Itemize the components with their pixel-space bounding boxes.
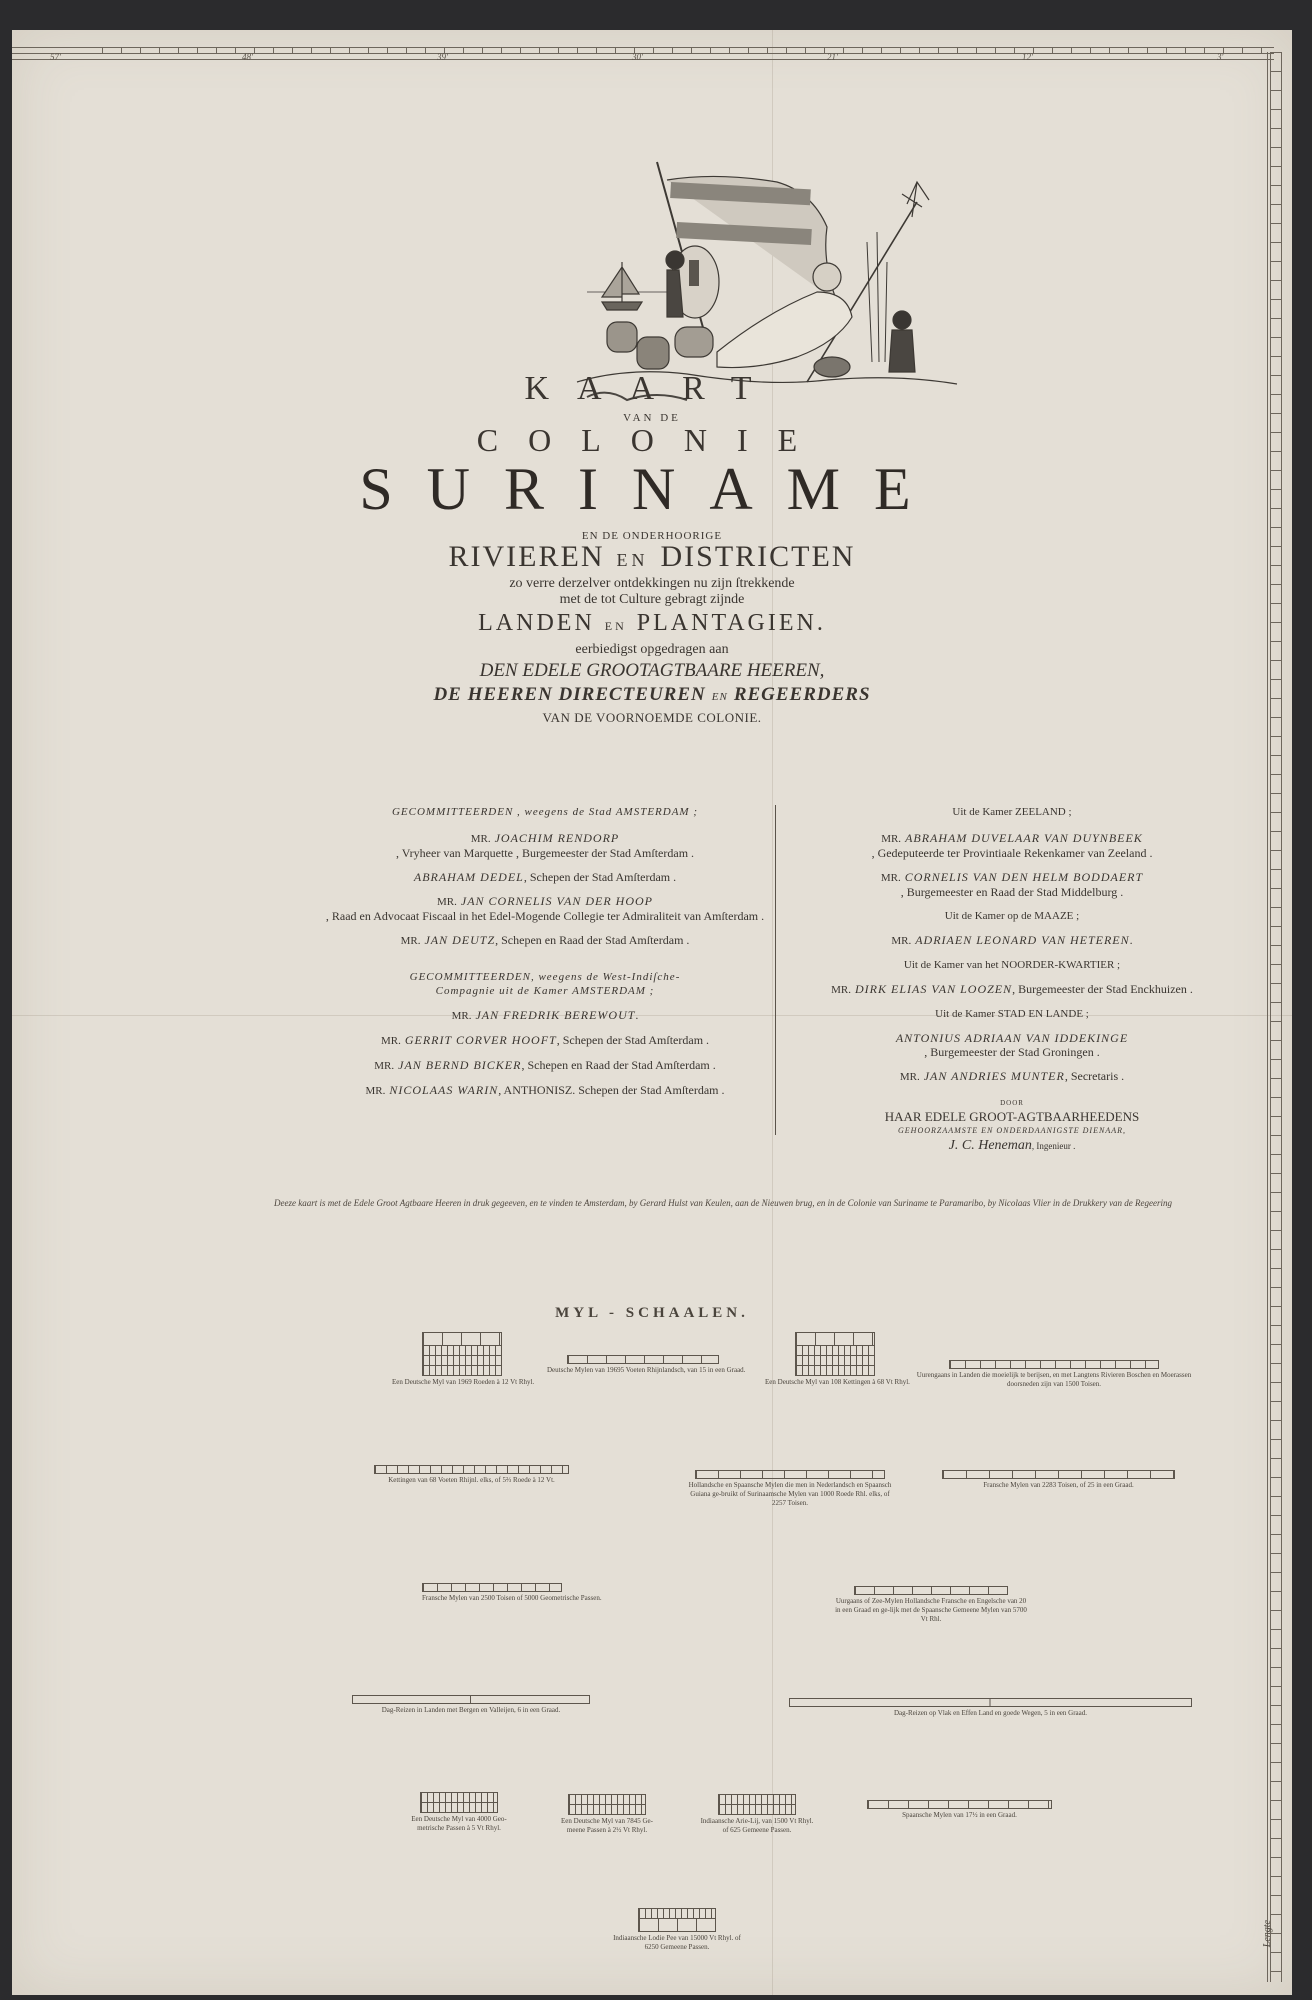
title-en: EN [616,550,648,570]
dedicatee-entry: ABRAHAM DEDEL, Schepen der Stad Amſterda… [320,870,770,884]
column-heading: GECOMMITTEERDEN, weegens de West-Indiſch… [320,970,770,998]
dedicatee-title: , Raad en Advocaat Fiscaal in het Edel-M… [320,909,770,923]
signature-door: DOOR [782,1096,1242,1110]
dedicatee-entry: MR.NICOLAAS WARIN, ANTHONISZ. Schepen de… [320,1083,770,1098]
scale-bar: Fransche Mylen van 2500 Toisen of 5000 G… [422,1583,562,1603]
dedicatee-title: , Vryheer van Marquette , Burgemeester d… [320,846,770,860]
scale-bar: Fransche Mylen van 2283 Toisen, of 25 in… [942,1470,1175,1490]
scale-bar: Een Deutsche Myl van 7845 Ge-meene Passe… [568,1794,646,1835]
column-heading: Uit de Kamer op de MAAZE ; [782,909,1242,923]
subtitle-zo-verre: zo verre derzelver ontdekkingen nu zijn … [12,576,1292,592]
scale-bar: Kettingen van 68 Voeten Rhijnl. elks, of… [374,1465,569,1485]
column-heading: Uit de Kamer STAD EN LANDE ; [782,1007,1242,1021]
scale-bar: Dag-Reizen in Landen met Bergen en Valle… [352,1695,590,1715]
title-rivieren: RIVIEREN [449,540,605,573]
signature-line1: HAAR EDELE GROOT-AGTBAARHEEDENS [782,1110,1242,1124]
dedication-voornoemde: VAN DE VOORNOEMDE COLONIE. [12,710,1292,726]
column-heading: Uit de Kamer van het NOORDER-KWARTIER ; [782,958,1242,972]
dedicatees-right-column: Uit de Kamer ZEELAND ; MR.ABRAHAM DUVELA… [782,805,1242,1153]
dedication-regeerders: REGEERDERS [734,684,871,705]
dedicatee-entry: MR.JAN DEUTZ, Schepen en Raad der Stad A… [320,933,770,948]
dedicatee-title: , Gedeputeerde ter Provintiaale Rekenkam… [782,846,1242,860]
margin-note: Lengte [1262,1920,1273,1947]
title-en: EN [605,619,627,633]
dedicatee-entry: MR.ADRIAEN LEONARD VAN HETEREN. [782,933,1242,948]
scale-bar: Een Deutsche Myl van 108 Kettingen à 68 … [795,1332,875,1387]
title-colonie: COLONIE [12,422,1292,459]
top-graticule: 57' 48' 39' 30' 21' 12' 3' [12,40,1274,60]
column-heading: GECOMMITTEERDEN , weegens de Stad AMSTER… [320,805,770,819]
dedicatees-left-column: GECOMMITTEERDEN , weegens de Stad AMSTER… [320,805,770,1098]
dedication-den-edele: DEN EDELE GROOTAGTBAARE HEEREN, [12,660,1292,682]
column-divider [775,805,776,1135]
dedicatee-entry: MR.DIRK ELIAS VAN LOOZEN, Burgemeester d… [782,982,1242,997]
dedicatee-entry: MR.JAN BERND BICKER, Schepen en Raad der… [320,1058,770,1073]
scale-bar: Dag-Reizen op Vlak en Effen Land en goed… [789,1698,1192,1718]
title-landen-plantagien: LANDENENPLANTAGIEN. [12,610,1292,637]
dedicatee-entry: MR.JAN ANDRIES MUNTER, Secretaris . [782,1069,1242,1084]
right-graticule [1270,52,1282,1982]
scales-title: MYL - SCHAALEN. [12,1305,1292,1322]
title-rivieren-districten: RIVIERENENDISTRICTEN [12,540,1292,574]
title-kaart: KAART [12,370,1292,408]
column-heading: Uit de Kamer ZEELAND ; [782,805,1242,819]
dedicatee-title: , Burgemeester der Stad Groningen . [782,1045,1242,1059]
scale-bar: Uurengaans in Landen die moeielijk te be… [949,1360,1159,1389]
scale-bar: Deutsche Mylen van 19695 Voeten Rhijnlan… [567,1355,719,1375]
dedicatee-entry: MR.JAN CORNELIS VAN DER HOOP [320,894,770,909]
degree-label: 21' [827,52,838,62]
imprint-line: Deeze kaart is met de Edele Groot Agtbaa… [274,1198,1244,1208]
signature-author: J. C. Heneman, Ingenieur . [782,1138,1242,1153]
degree-label: 3' [1217,52,1223,62]
degree-label: 48' [242,52,253,62]
scale-bar: Indiaansche Lodie Pee van 15000 Vt Rhyl.… [638,1908,716,1952]
signature-line2: GEHOORZAAMSTE EN ONDERDAANIGSTE DIENAAR, [782,1124,1242,1138]
scale-bar: Indiaansche Arie-Lij, van 1500 Vt Rhyl. … [718,1794,796,1835]
scale-bar: Hollandsche en Spaansche Mylen die men i… [695,1470,885,1508]
dedicatee-entry: ANTONIUS ADRIAAN VAN IDDEKINGE [782,1031,1242,1045]
title-suriname: SURINAME [12,455,1292,524]
dedicatee-entry: MR.CORNELIS VAN DEN HELM BODDAERT [782,870,1242,885]
title-districten: DISTRICTEN [660,540,855,573]
subtitle-met-de-tot: met de tot Culture gebragt zijnde [12,592,1292,608]
dedicatee-entry: MR.JAN FREDRIK BEREWOUT. [320,1008,770,1023]
degree-label: 57' [50,52,61,62]
scale-bar: Uurgaans of Zee-Mylen Hollandsche Fransc… [854,1586,1008,1624]
title-landen: LANDEN [478,610,595,636]
dedicatee-entry: MR.JOACHIM RENDORP [320,831,770,846]
title-plantagien: PLANTAGIEN. [637,610,826,636]
dedication-eerbiedigst: eerbiedigst opgedragen aan [12,642,1292,658]
degree-label: 12' [1022,52,1033,62]
dedicatee-entry: MR.GERRIT CORVER HOOFT, Schepen der Stad… [320,1033,770,1048]
dedicatee-title: , Burgemeester en Raad der Stad Middelbu… [782,885,1242,899]
scale-bar: Een Deutsche Myl van 4000 Geo-metrische … [420,1792,498,1833]
scale-bar: Spaansche Mylen van 17½ in een Graad. [867,1800,1052,1820]
dedication-de-heeren: DE HEEREN DIRECTEURENENREGEERDERS [12,684,1292,706]
degree-label: 30' [632,52,643,62]
dedicatee-entry: MR.ABRAHAM DUVELAAR VAN DUYNBEEK [782,831,1242,846]
degree-label: 39' [437,52,448,62]
right-border-line [1267,52,1268,1982]
scale-bar: Een Deutsche Myl van 1969 Roeden à 12 Vt… [422,1332,502,1387]
map-sheet: 57' 48' 39' 30' 21' 12' 3' Lengte [12,30,1292,1995]
dedication-en: EN [712,691,728,703]
dedication-directeuren: DE HEEREN DIRECTEUREN [433,684,705,705]
